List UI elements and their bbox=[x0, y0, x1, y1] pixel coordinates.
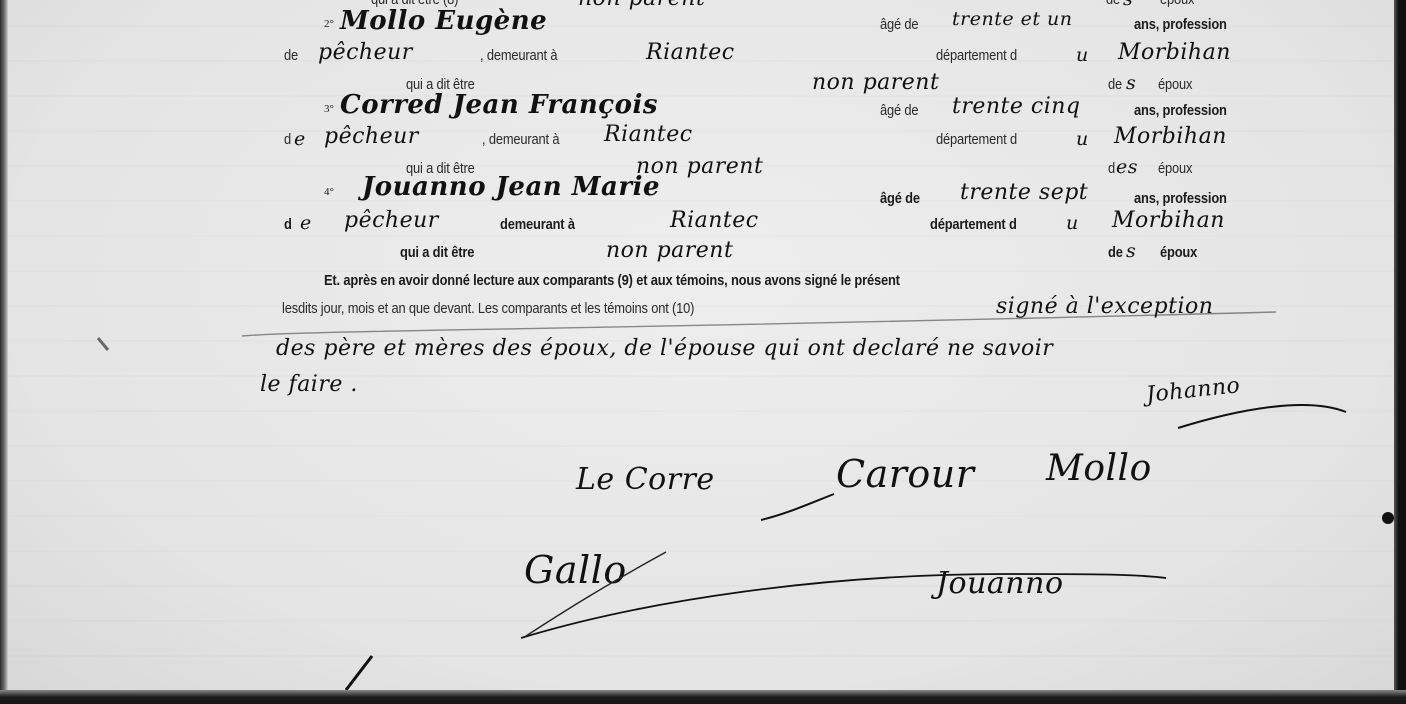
scan-left-edge bbox=[0, 0, 8, 704]
scan-right-edge bbox=[1394, 0, 1406, 704]
pen-flourishes bbox=[6, 0, 1396, 690]
scan-bottom-edge bbox=[0, 690, 1406, 704]
register-page: qui a dit être (8) non parent de s époux… bbox=[6, 0, 1396, 690]
